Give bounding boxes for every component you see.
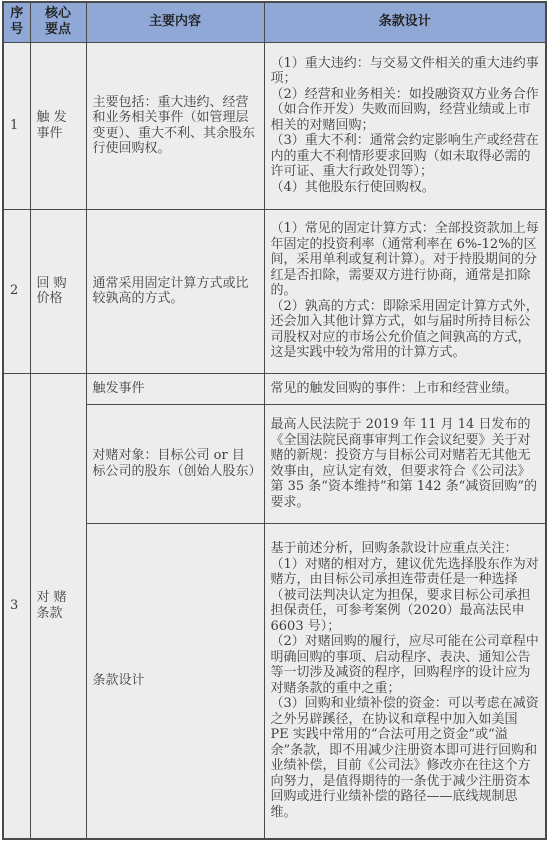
col-header-main-content: 主要内容 <box>86 2 264 42</box>
row-number-cell: 2 <box>3 209 30 373</box>
table-header-row: 序 号 核心 要点 主要内容 条款设计 <box>3 2 546 42</box>
col-header-no: 序 号 <box>3 2 30 42</box>
row-number-cell: 1 <box>3 42 30 209</box>
table-row: 1 触 发 事件 主要包括：重大违约、经营和业务相关事件（如管理层变更）、重大不… <box>3 42 546 209</box>
clause-design-cell: （1）常见的固定计算方式：全部投资款加上每年固定的投资利率（通常利率在 6%-1… <box>264 209 546 373</box>
key-point-cell: 对 赌 条款 <box>30 373 86 839</box>
main-content-cell: 对赌对象：目标公司 or 目标公司的股东（创始人股东） <box>86 404 264 523</box>
table-row: 3 对 赌 条款 触发事件 常见的触发回购的事件：上市和经营业绩。 <box>3 373 546 404</box>
row-number-cell: 3 <box>3 373 30 839</box>
clause-design-cell: 基于前述分析，回购条款设计应重点关注： （1）对赌的相对方，建议优先选择股东作为… <box>264 523 546 839</box>
key-point-cell: 回 购 价格 <box>30 209 86 373</box>
table-row: 2 回 购 价格 通常采用固定计算方式或比较孰高的方式。 （1）常见的固定计算方… <box>3 209 546 373</box>
clause-design-cell: 最高人民法院于 2019 年 11 月 14 日发布的《全国法院民商事审判工作会… <box>264 404 546 523</box>
document-page: 序 号 核心 要点 主要内容 条款设计 1 触 发 事件 主要包括：重大违约、经… <box>0 0 550 840</box>
main-content-cell: 主要包括：重大违约、经营和业务相关事件（如管理层变更）、重大不利、其余股东行使回… <box>86 42 264 209</box>
main-content-cell: 通常采用固定计算方式或比较孰高的方式。 <box>86 209 264 373</box>
repurchase-clause-table: 序 号 核心 要点 主要内容 条款设计 1 触 发 事件 主要包括：重大违约、经… <box>2 1 547 840</box>
main-content-cell: 触发事件 <box>86 373 264 404</box>
clause-design-cell: （1）重大违约：与交易文件相关的重大违约事项； （2）经营和业务相关：如投融资双… <box>264 42 546 209</box>
key-point-cell: 触 发 事件 <box>30 42 86 209</box>
col-header-clause-design: 条款设计 <box>264 2 546 42</box>
main-content-cell: 条款设计 <box>86 523 264 839</box>
clause-design-cell: 常见的触发回购的事件：上市和经营业绩。 <box>264 373 546 404</box>
col-header-key-point: 核心 要点 <box>30 2 86 42</box>
